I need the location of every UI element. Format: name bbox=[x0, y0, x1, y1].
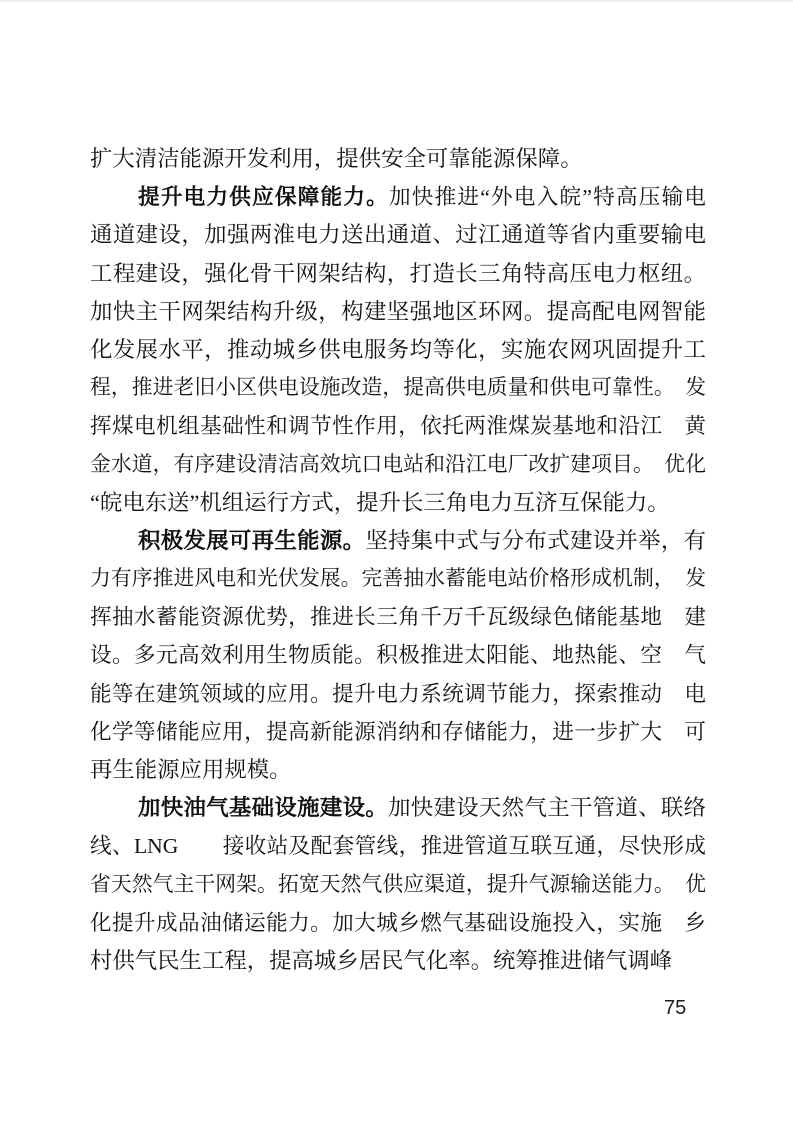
line-text: 村供气民生工程，提高城乡居民气化率。统筹推进储气调峰 bbox=[90, 948, 672, 973]
text-line: 程，推进老旧小区供电设施改造，提高供电质量和供电可靠性。 发 bbox=[90, 369, 706, 407]
text-line: 挥抽水蓄能资源优势，推进长三角千万千瓦级绿色储能基地 建 bbox=[90, 598, 706, 636]
line-text: 化学等储能应用，提高新能源消纳和存储能力，进一步扩大 可 bbox=[90, 720, 706, 744]
text-line: 设。多元高效利用生物质能。积极推进太阳能、地热能、空 气 bbox=[90, 636, 706, 674]
text-line: 工程建设，强化骨干网架结构，打造长三角特高压电力枢纽。 bbox=[90, 255, 706, 293]
line-text: 程，推进老旧小区供电设施改造，提高供电质量和供电可靠性。 发 bbox=[90, 376, 706, 399]
paragraph-lead: 加快油气基础设施建设。 bbox=[138, 795, 388, 820]
text-line: 提升电力供应保障能力。加快推进“外电入皖”特高压输电 bbox=[90, 178, 706, 216]
line-text: 设。多元高效利用生物质能。积极推进太阳能、地热能、空 气 bbox=[90, 643, 706, 667]
text-line: 再生能源应用规模。 bbox=[90, 751, 706, 789]
text-line: 线、LNG 接收站及配套管线，推进管道互联互通，尽快形成全 bbox=[90, 827, 706, 865]
page-number: 75 bbox=[664, 995, 704, 1021]
line-text: 工程建设，强化骨干网架结构，打造长三角特高压电力枢纽。 bbox=[90, 261, 706, 286]
text-line: “皖电东送”机组运行方式，提升长三角电力互济互保能力。 bbox=[90, 484, 706, 522]
text-body: 扩大清洁能源开发利用，提供安全可靠能源保障。提升电力供应保障能力。加快推进“外电… bbox=[90, 140, 706, 980]
text-line: 通道建设，加强两淮电力送出通道、过江通道等省内重要输电 bbox=[90, 216, 706, 254]
paragraph-lead: 积极发展可再生能源。 bbox=[138, 528, 365, 553]
text-line: 化提升成品油储运能力。加大城乡燃气基础设施投入，实施 乡 bbox=[90, 904, 706, 942]
line-text: 挥煤电机组基础性和调节性作用，依托两淮煤炭基地和沿江 黄 bbox=[90, 414, 706, 438]
text-line: 村供气民生工程，提高城乡居民气化率。统筹推进储气调峰 bbox=[90, 942, 706, 980]
text-line: 力有序推进风电和光伏发展。完善抽水蓄能电站价格形成机制， 发 bbox=[90, 560, 706, 598]
text-line: 化学等储能应用，提高新能源消纳和存储能力，进一步扩大 可 bbox=[90, 713, 706, 751]
page-top-edge bbox=[0, 0, 793, 2]
line-text: 扩大清洁能源开发利用，提供安全可靠能源保障。 bbox=[90, 146, 583, 171]
text-line: 加快主干网架结构升级，构建坚强地区环网。提高配电网智能 bbox=[90, 293, 706, 331]
text-line: 能等在建筑领域的应用。提升电力系统调节能力，探索推动 电 bbox=[90, 675, 706, 713]
line-text: 力有序推进风电和光伏发展。完善抽水蓄能电站价格形成机制， 发 bbox=[90, 567, 706, 590]
line-text: 再生能源应用规模。 bbox=[90, 757, 292, 782]
text-line: 金水道，有序建设清洁高效坑口电站和沿江电厂改扩建项目。 优化 bbox=[90, 446, 706, 484]
line-text: 通道建设，加强两淮电力送出通道、过江通道等省内重要输电 bbox=[90, 222, 706, 247]
line-text: “皖电东送”机组运行方式，提升长三角电力互济互保能力。 bbox=[90, 490, 670, 515]
line-text: 加快建设天然气主干管道、联络 bbox=[388, 795, 706, 820]
line-text: 坚持集中式与分布式建设并举，有 bbox=[365, 528, 706, 553]
line-text: 省天然气主干网架。拓宽天然气供应渠道，提升气源输送能力。 优 bbox=[90, 873, 706, 896]
line-text: 化提升成品油储运能力。加大城乡燃气基础设施投入，实施 乡 bbox=[90, 911, 706, 935]
line-text: 化发展水平，推动城乡供电服务均等化，实施农网巩固提升工 bbox=[90, 337, 706, 362]
line-text: 能等在建筑领域的应用。提升电力系统调节能力，探索推动 电 bbox=[90, 682, 706, 706]
line-text: 挥抽水蓄能资源优势，推进长三角千万千瓦级绿色储能基地 建 bbox=[90, 605, 706, 629]
text-line: 积极发展可再生能源。坚持集中式与分布式建设并举，有 bbox=[90, 522, 706, 560]
document-page: 扩大清洁能源开发利用，提供安全可靠能源保障。提升电力供应保障能力。加快推进“外电… bbox=[0, 0, 793, 1122]
paragraph-lead: 提升电力供应保障能力。 bbox=[138, 185, 389, 209]
line-text: 金水道，有序建设清洁高效坑口电站和沿江电厂改扩建项目。 优化 bbox=[90, 453, 706, 476]
text-line: 省天然气主干网架。拓宽天然气供应渠道，提升气源输送能力。 优 bbox=[90, 866, 706, 904]
text-line: 挥煤电机组基础性和调节性作用，依托两淮煤炭基地和沿江 黄 bbox=[90, 407, 706, 445]
line-text: 加快主干网架结构升级，构建坚强地区环网。提高配电网智能 bbox=[90, 299, 706, 324]
line-text: 加快推进“外电入皖”特高压输电 bbox=[389, 185, 706, 209]
line-text: 线、LNG 接收站及配套管线，推进管道互联互通，尽快形成全 bbox=[90, 834, 706, 865]
text-line: 扩大清洁能源开发利用，提供安全可靠能源保障。 bbox=[90, 140, 706, 178]
text-line: 化发展水平，推动城乡供电服务均等化，实施农网巩固提升工 bbox=[90, 331, 706, 369]
text-line: 加快油气基础设施建设。加快建设天然气主干管道、联络 bbox=[90, 789, 706, 827]
